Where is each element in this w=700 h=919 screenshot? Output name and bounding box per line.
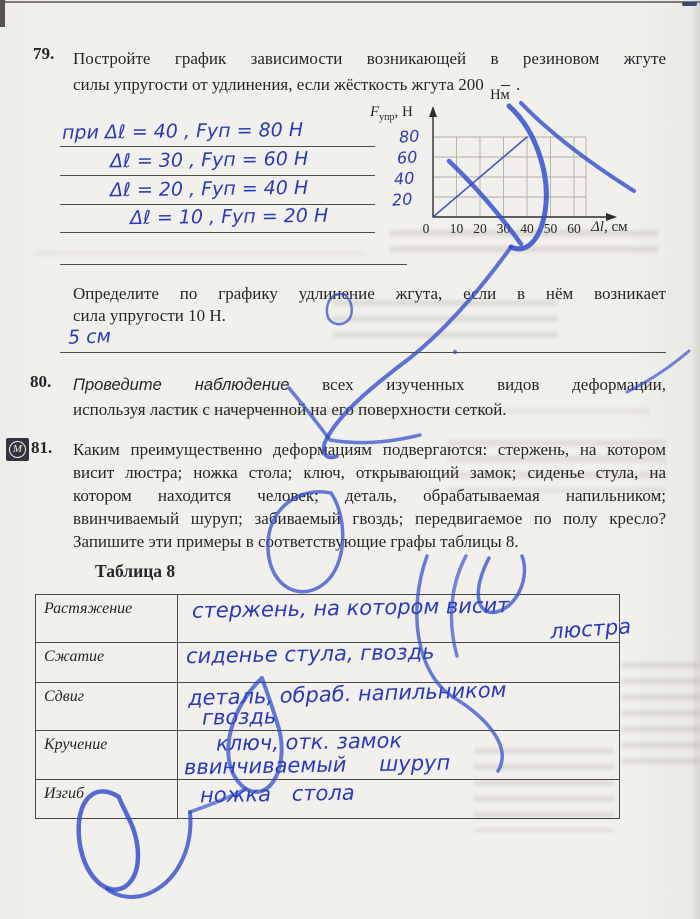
problem-79-followup-line1: Определите по графику удлинение жгута, е… <box>73 283 666 305</box>
handwritten-answer-line: Δℓ = 30 , Fуп = 60 Н <box>60 149 375 176</box>
problem-80-lead: Проведите наблюдение <box>73 376 289 394</box>
row-answer-cell: деталь, обраб. напильником гвоздь <box>178 683 619 730</box>
handwritten-y-label-60: 60 <box>396 147 418 167</box>
x-tick-20: 20 <box>473 221 487 237</box>
x-tick-60: 60 <box>567 221 581 237</box>
y-axis-unit: , Н <box>395 104 413 120</box>
table-8: Растяжение стержень, на котором висит лю… <box>35 594 620 819</box>
badge-letter: М <box>13 444 22 455</box>
handwriting: Δℓ = 10 , Fуп = 20 Н <box>60 204 375 230</box>
problem-79-line2-text: силы упругости от удлинения, если жёстко… <box>73 75 484 94</box>
row-answer-cell: стержень, на котором висит люстра <box>178 595 619 642</box>
row-answer-cell: ножка стола <box>178 780 619 818</box>
handwritten-y-label-20: 20 <box>391 189 413 209</box>
table-row-torsion: Кручение ключ, отк. замок ввинчиваемый ш… <box>36 731 619 780</box>
y-axis-label: Fупр, Н <box>370 104 413 123</box>
x-axis-unit: , см <box>604 219 628 235</box>
x-tick-50: 50 <box>544 221 558 237</box>
table-row-stretching: Растяжение стержень, на котором висит лю… <box>36 595 619 643</box>
table-8-title: Таблица 8 <box>95 561 175 582</box>
row-label: Растяжение <box>36 595 178 642</box>
x-tick-40: 40 <box>520 221 534 237</box>
elasticity-graph: Fупр, Н Δl, см <box>370 100 682 250</box>
problem-80-number: 80. <box>30 372 51 392</box>
methodology-badge: М <box>6 438 29 461</box>
y-axis-arrow <box>429 106 437 117</box>
blank-answer-line <box>60 252 407 265</box>
y-axis-subscript: упр <box>379 112 394 123</box>
row-label: Кручение <box>36 731 178 779</box>
problem-81-number: 81. <box>31 438 52 458</box>
handwritten-y-label-80: 80 <box>398 126 420 146</box>
row-label: Сжатие <box>36 643 178 682</box>
problem-80-line1: Проведите наблюдение всех изученных видо… <box>73 372 666 398</box>
y-axis-symbol: F <box>370 104 379 120</box>
grid-lines <box>433 137 586 217</box>
x-tick-0: 0 <box>423 221 430 237</box>
row-label: Сдвиг <box>36 683 178 730</box>
row-label: Изгиб <box>36 780 178 818</box>
table-row-shear: Сдвиг деталь, обраб. напильником гвоздь <box>36 683 619 731</box>
problem-81-text: Каким преимущественно деформациям подвер… <box>73 438 666 553</box>
problem-79-period: . <box>516 75 520 94</box>
handwritten-y-label-40: 40 <box>393 168 415 188</box>
problem-79-number: 79. <box>33 44 54 64</box>
answer-line: 5 см <box>60 326 666 353</box>
handwriting: гвоздь <box>202 705 277 728</box>
problem-80-line2: используя ластик с начерченной на его по… <box>73 397 666 422</box>
problem-79-line2: силы упругости от удлинения, если жёстко… <box>73 72 666 102</box>
x-axis-symbol: Δl <box>591 219 604 235</box>
handwriting: Δℓ = 20 , Fуп = 40 Н <box>60 176 375 202</box>
problem-79-followup-line2: сила упругости 10 Н. <box>73 305 666 327</box>
row-answer-cell: сиденье стула, гвоздь <box>178 643 619 682</box>
handwritten-answer-5cm: 5 см <box>68 325 112 348</box>
workbook-page: 79. Постройте график зависимости возника… <box>0 0 700 919</box>
badge-ring: М <box>9 441 26 458</box>
x-tick-30: 30 <box>497 221 511 237</box>
handwriting: сиденье стула, гвоздь <box>186 641 435 667</box>
handwritten-answer-line: при Δℓ = 40 , Fуп = 80 Н <box>60 120 375 147</box>
x-tick-10: 10 <box>450 221 464 237</box>
problem-79-line1: Постройте график зависимости возникающей… <box>73 44 666 74</box>
handwriting: Δℓ = 30 , Fуп = 60 Н <box>60 147 375 173</box>
handwriting: ножка стола <box>200 782 355 807</box>
row-answer-cell: ключ, отк. замок ввинчиваемый шуруп <box>178 731 619 779</box>
handwriting: люстра <box>549 615 631 643</box>
handwritten-answer-line: Δℓ = 10 , Fуп = 20 Н <box>60 206 375 233</box>
handwriting: ключ, отк. замок <box>216 729 402 754</box>
handwriting: стержень, на котором висит <box>192 594 510 622</box>
table-row-compression: Сжатие сиденье стула, гвоздь <box>36 643 619 683</box>
problem-80-line1-rest: всех изученных видов деформации, <box>322 375 666 394</box>
x-axis-label: Δl, см <box>591 219 628 236</box>
handwriting: ввинчиваемый шуруп <box>184 752 451 779</box>
table-row-bending: Изгиб ножка стола <box>36 780 619 818</box>
handwritten-answer-line: Δℓ = 20 , Fуп = 40 Н <box>60 178 375 205</box>
handwriting: при Δℓ = 40 , Fуп = 80 Н <box>60 118 375 144</box>
